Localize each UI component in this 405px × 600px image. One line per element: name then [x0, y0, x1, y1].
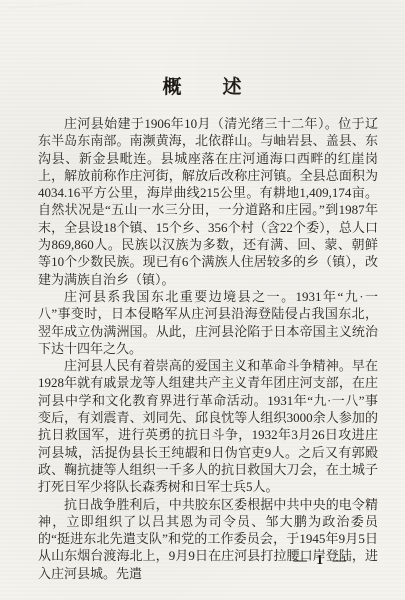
page-number: — 1 —	[294, 552, 350, 568]
paragraph: 庄河县人民有着崇高的爱国主义和革命斗争精神。早在1928年就有戚景龙等人组建共产…	[38, 357, 378, 495]
scan-watermark: ·········· ··············· ··	[8, 1, 85, 11]
paragraph: 庄河县系我国东北重要边境县之一。1931年“九·一八”事变时，日本侵略军从庄河县…	[38, 288, 378, 357]
paragraph: 庄河县始建于1906年10月（清光绪三十二年）。位于辽东半岛东南部。南濒黄海，北…	[38, 115, 378, 288]
paragraph: 抗日战争胜利后，中共胶东区委根据中共中央的电令精神，立即组织了以吕其恩为司令员、…	[38, 496, 378, 582]
scanned-book-page: ·········· ··············· ·· 概 述 庄河县始建于…	[0, 0, 405, 600]
body-text: 庄河县始建于1906年10月（清光绪三十二年）。位于辽东半岛东南部。南濒黄海，北…	[38, 115, 378, 582]
page-title: 概 述	[0, 72, 405, 99]
